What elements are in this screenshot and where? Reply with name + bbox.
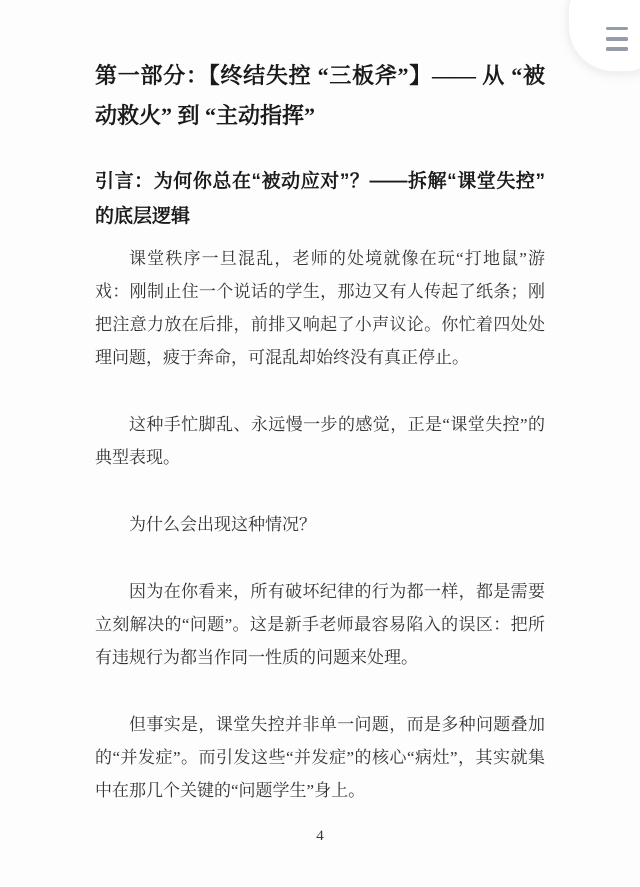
hamburger-bar [606, 37, 628, 40]
page-number: 4 [316, 828, 324, 844]
paragraph: 课堂秩序一旦混乱，老师的处境就像在玩“打地鼠”游戏：刚制止住一个说话的学生，那边… [95, 242, 545, 374]
paragraph: 因为在你看来，所有破坏纪律的行为都一样，都是需要立刻解决的“问题”。这是新手老师… [95, 575, 545, 674]
paragraph: 这种手忙脚乱、永远慢一步的感觉，正是“课堂失控”的典型表现。 [95, 408, 545, 474]
hamburger-bar [606, 27, 628, 30]
part-heading: 第一部分：【终结失控 “三板斧”】—— 从 “被动救火” 到 “主动指挥” [95, 56, 545, 136]
intro-heading: 引言：为何你总在“被动应对”？——拆解“课堂失控”的底层逻辑 [95, 164, 545, 234]
document-page: 第一部分：【终结失控 “三板斧”】—— 从 “被动救火” 到 “主动指挥” 引言… [0, 0, 640, 845]
page-footer: 4 [95, 827, 545, 845]
body-text: 课堂秩序一旦混乱，老师的处境就像在玩“打地鼠”游戏：刚制止住一个说话的学生，那边… [95, 242, 545, 807]
hamburger-bar [606, 47, 628, 50]
hamburger-icon [606, 27, 628, 51]
paragraph: 但事实是，课堂失控并非单一问题，而是多种问题叠加的“并发症”。而引发这些“并发症… [95, 708, 545, 807]
paragraph: 为什么会出现这种情况？ [95, 508, 545, 541]
